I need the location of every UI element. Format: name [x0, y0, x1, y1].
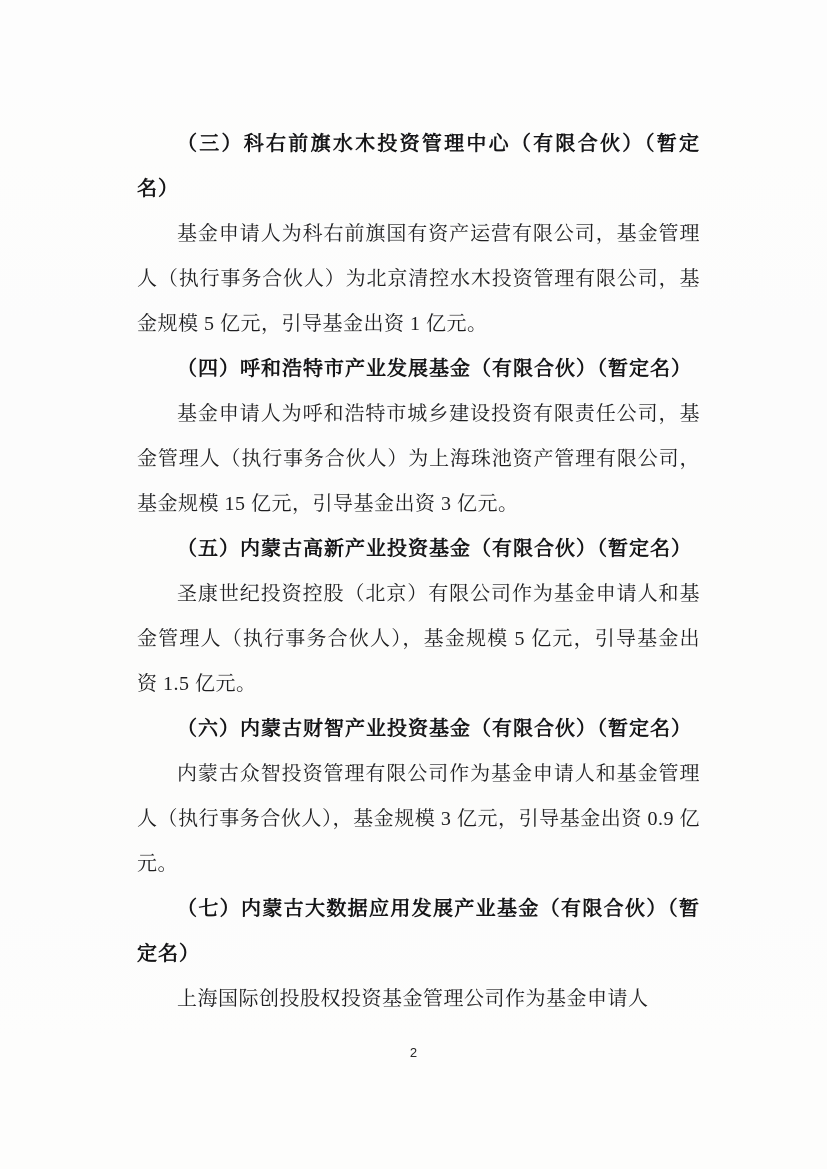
section-4-body: 基金申请人为呼和浩特市城乡建设投资有限责任公司，基金管理人（执行事务合伙人）为上… [137, 392, 700, 527]
section-7-body: 上海国际创投股权投资基金管理公司作为基金申请人 [137, 977, 700, 1022]
document-page: （三）科右前旗水木投资管理中心（有限合伙）（暂定名） 基金申请人为科右前旗国有资… [0, 0, 827, 1169]
page-number: 2 [410, 1045, 417, 1060]
section-3-body: 基金申请人为科右前旗国有资产运营有限公司，基金管理人（执行事务合伙人）为北京清控… [137, 212, 700, 347]
document-body: （三）科右前旗水木投资管理中心（有限合伙）（暂定名） 基金申请人为科右前旗国有资… [137, 122, 700, 1022]
section-3-heading: （三）科右前旗水木投资管理中心（有限合伙）（暂定名） [137, 122, 700, 212]
section-4-heading: （四）呼和浩特市产业发展基金（有限合伙）（暂定名） [137, 347, 700, 392]
section-6-heading: （六）内蒙古财智产业投资基金（有限合伙）（暂定名） [137, 707, 700, 752]
section-5-body: 圣康世纪投资控股（北京）有限公司作为基金申请人和基金管理人（执行事务合伙人），基… [137, 572, 700, 707]
section-5-heading: （五）内蒙古高新产业投资基金（有限合伙）（暂定名） [137, 527, 700, 572]
section-6-body: 内蒙古众智投资管理有限公司作为基金申请人和基金管理人（执行事务合伙人），基金规模… [137, 752, 700, 887]
section-7-heading: （七）内蒙古大数据应用发展产业基金（有限合伙）（暂定名） [137, 887, 700, 977]
page-footer: 2 [0, 1044, 827, 1062]
